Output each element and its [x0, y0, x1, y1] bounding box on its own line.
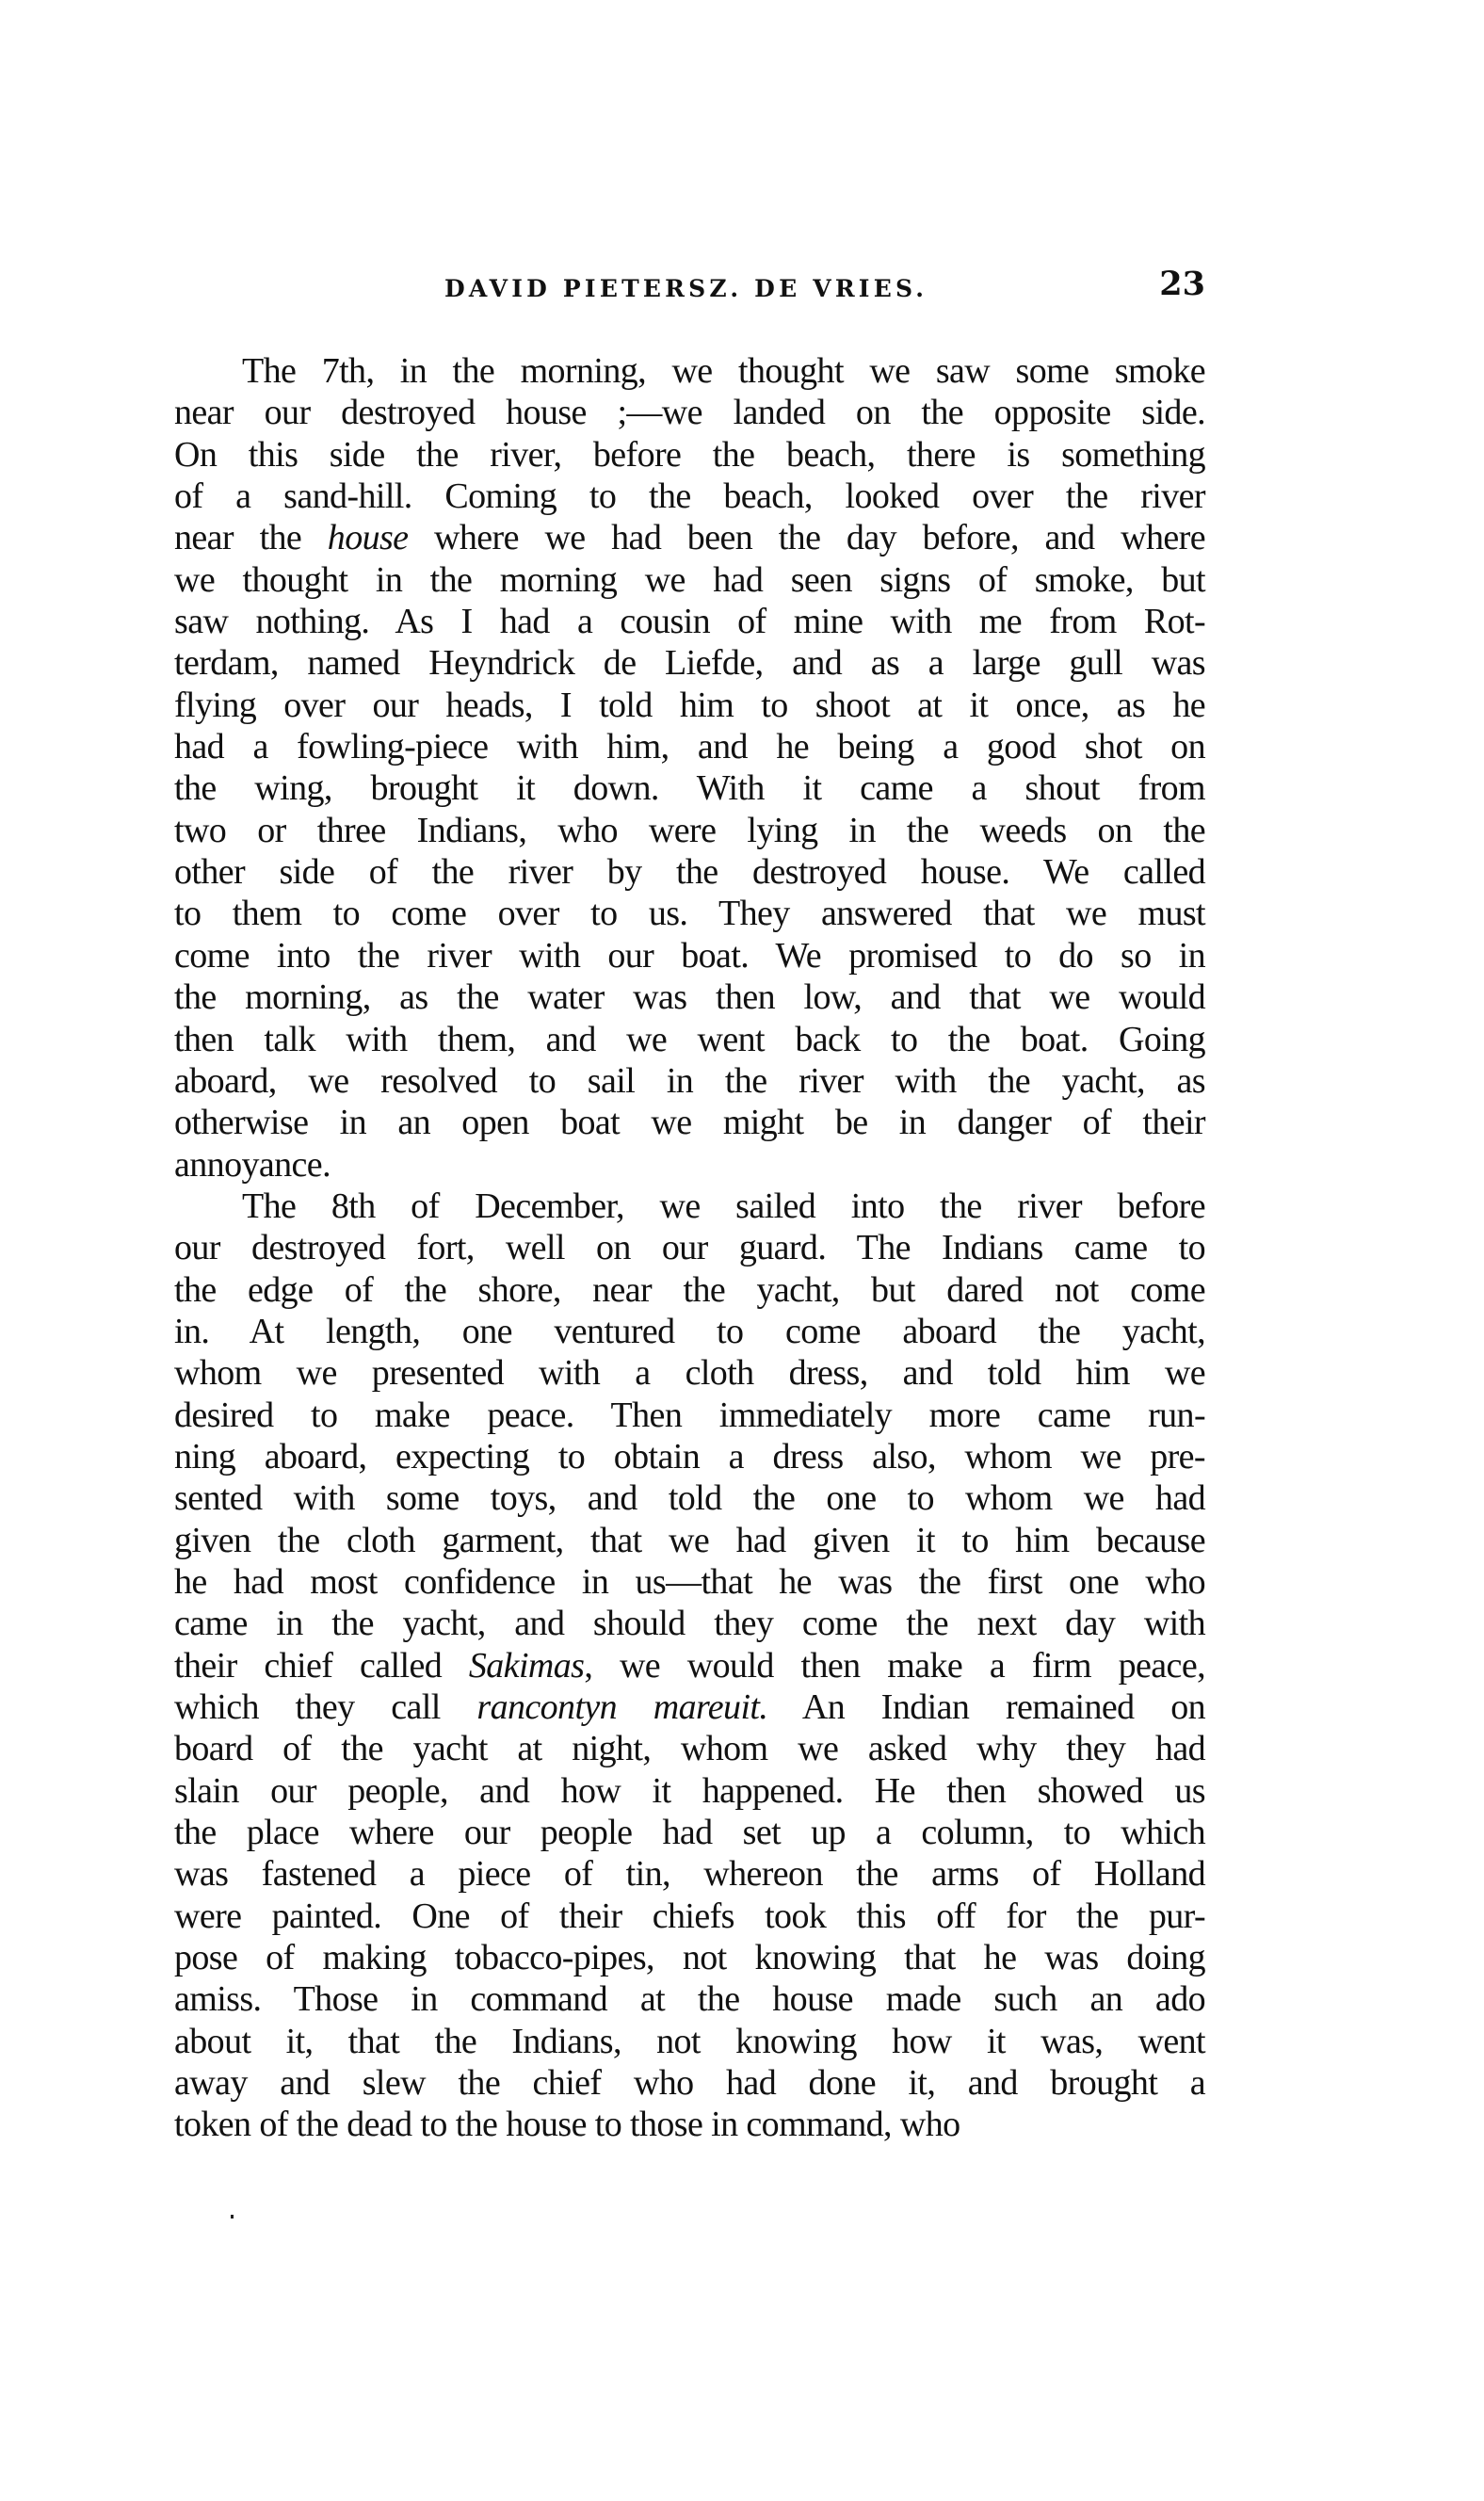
running-head-title: DAVID PIETERSZ. DE VRIES.: [444, 275, 927, 303]
text-line: The 7th, in the morning, we thought we s…: [174, 350, 1205, 392]
paragraph: The 8th of December, we sailed into the …: [174, 1186, 1205, 2146]
text-line: was fastened a piece of tin, whereon the…: [174, 1853, 1205, 1895]
text-line: slain our people, and how it happened. H…: [174, 1770, 1205, 1812]
text-line: saw nothing. As I had a cousin of mine w…: [174, 601, 1205, 642]
text-line: our destroyed fort, well on our guard. T…: [174, 1227, 1205, 1268]
text-line: desired to make peace. Then immediately …: [174, 1395, 1205, 1436]
text-line: board of the yacht at night, whom we ask…: [174, 1728, 1205, 1769]
text-line: near the house where we had been the day…: [174, 517, 1205, 558]
text-line: about it, that the Indians, not knowing …: [174, 2021, 1205, 2062]
italic-term: house: [328, 518, 409, 557]
text-line: came in the yacht, and should they come …: [174, 1603, 1205, 1644]
text-line: given the cloth garment, that we had giv…: [174, 1520, 1205, 1561]
text-line: the edge of the shore, near the yacht, b…: [174, 1269, 1205, 1311]
text-line: sented with some toys, and told the one …: [174, 1477, 1205, 1519]
text-line: The 8th of December, we sailed into the …: [174, 1186, 1205, 1227]
text-line: to them to come over to us. They answere…: [174, 893, 1205, 934]
text-line: the place where our people had set up a …: [174, 1812, 1205, 1853]
text-line: the wing, brought it down. With it came …: [174, 767, 1205, 809]
text-line: pose of making tobacco-pipes, not knowin…: [174, 1937, 1205, 1978]
text-line: away and slew the chief who had done it,…: [174, 2062, 1205, 2104]
body-text: The 7th, in the morning, we thought we s…: [174, 350, 1205, 2146]
text-line: other side of the river by the destroyed…: [174, 851, 1205, 893]
text-line: near our destroyed house ;—we landed on …: [174, 392, 1205, 433]
text-line: had a fowling-piece with him, and he bei…: [174, 726, 1205, 767]
text-line: On this side the river, before the beach…: [174, 434, 1205, 476]
print-speck: [231, 2215, 234, 2219]
italic-term: rancontyn mareuit.: [476, 1687, 767, 1727]
page-number: 23: [1159, 266, 1205, 303]
text-line: annoyance.: [174, 1144, 1205, 1186]
text-line: then talk with them, and we went back to…: [174, 1019, 1205, 1060]
text-line: were painted. One of their chiefs took t…: [174, 1896, 1205, 1937]
text-line: amiss. Those in command at the house mad…: [174, 1978, 1205, 2020]
text-line: their chief called Sakimas, we would the…: [174, 1645, 1205, 1686]
text-line: come into the river with our boat. We pr…: [174, 935, 1205, 976]
text-line: he had most confidence in us—that he was…: [174, 1561, 1205, 1603]
text-line: whom we presented with a cloth dress, an…: [174, 1352, 1205, 1394]
text-line: otherwise in an open boat we might be in…: [174, 1102, 1205, 1143]
running-head: DAVID PIETERSZ. DE VRIES. 23: [174, 262, 1205, 303]
text-line: the morning, as the water was then low, …: [174, 976, 1205, 1018]
paragraph: The 7th, in the morning, we thought we s…: [174, 350, 1205, 1186]
text-line: which they call rancontyn mareuit. An In…: [174, 1686, 1205, 1728]
italic-term: Sakimas: [469, 1646, 584, 1686]
text-line: ning aboard, expecting to obtain a dress…: [174, 1436, 1205, 1477]
text-line: in. At length, one ventured to come aboa…: [174, 1311, 1205, 1352]
text-line: we thought in the morning we had seen si…: [174, 559, 1205, 601]
book-page: DAVID PIETERSZ. DE VRIES. 23 The 7th, in…: [0, 0, 1484, 2501]
text-line: token of the dead to the house to those …: [174, 2104, 1205, 2145]
text-line: two or three Indians, who were lying in …: [174, 810, 1205, 851]
text-line: flying over our heads, I told him to sho…: [174, 685, 1205, 726]
text-line: terdam, named Heyndrick de Liefde, and a…: [174, 642, 1205, 684]
text-line: aboard, we resolved to sail in the river…: [174, 1060, 1205, 1102]
text-line: of a sand-hill. Coming to the beach, loo…: [174, 476, 1205, 517]
